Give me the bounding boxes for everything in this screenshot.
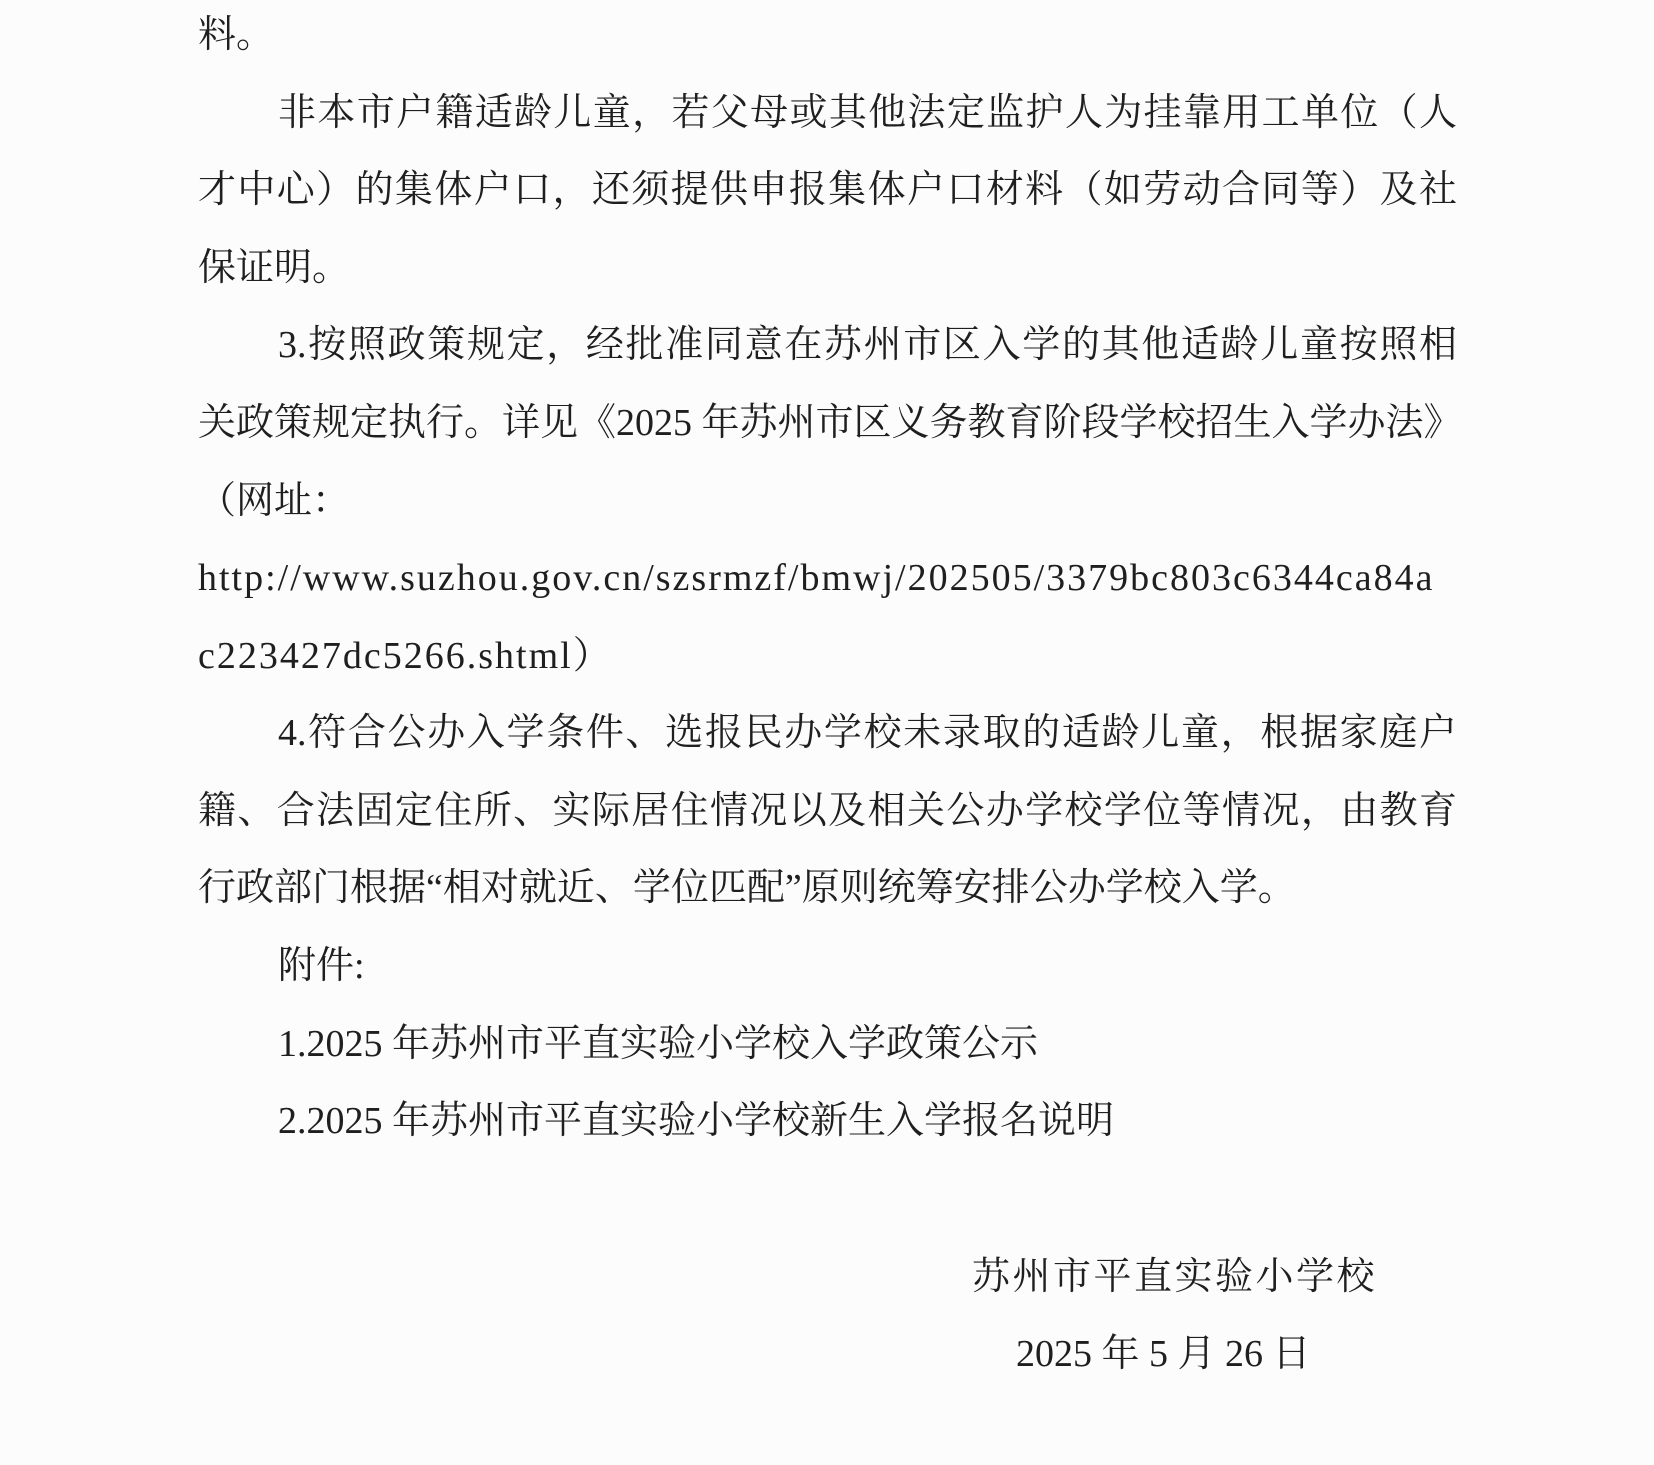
url-line-2: c223427dc5266.shtml） [198,633,613,679]
scanned-document-page: 料。 非本市户籍适龄儿童，若父母或其他法定监护人为挂靠用工单位（人 才中心）的集… [0,0,1654,1465]
body-line-continuation: 料。 [198,12,274,58]
paragraph-item4-line-2: 籍、合法固定住所、实际居住情况以及相关公办学校学位等情况，由教育 [198,788,1457,834]
paragraph-item4-line-1: 4.符合公办入学条件、选报民办学校未录取的适龄儿童，根据家庭户 [278,710,1457,756]
attachment-item-1: 1.2025 年苏州市平直实验小学校入学政策公示 [278,1021,1038,1067]
paragraph-non-resident-line-1: 非本市户籍适龄儿童，若父母或其他法定监护人为挂靠用工单位（人 [278,90,1457,136]
paragraph-item3-line-1: 3.按照政策规定，经批准同意在苏州市区入学的其他适龄儿童按照相 [278,322,1457,368]
attachments-heading: 附件: [278,943,365,989]
paragraph-non-resident-line-3: 保证明。 [198,245,350,291]
signature-date: 2025 年 5 月 26 日 [1016,1331,1311,1377]
url-line-1: http://www.suzhou.gov.cn/szsrmzf/bmwj/20… [198,555,1435,601]
attachment-item-2: 2.2025 年苏州市平直实验小学校新生入学报名说明 [278,1098,1114,1144]
url-label-line: （网址： [198,478,350,524]
signature-school-name: 苏州市平直实验小学校 [972,1254,1377,1300]
paragraph-non-resident-line-2: 才中心）的集体户口，还须提供申报集体户口材料（如劳动合同等）及社 [198,167,1457,213]
paragraph-item4-line-3: 行政部门根据“相对就近、学位匹配”原则统筹安排公办学校入学。 [198,865,1296,911]
paragraph-item3-line-2: 关政策规定执行。详见《2025 年苏州市区义务教育阶段学校招生入学办法》 [198,400,1462,446]
